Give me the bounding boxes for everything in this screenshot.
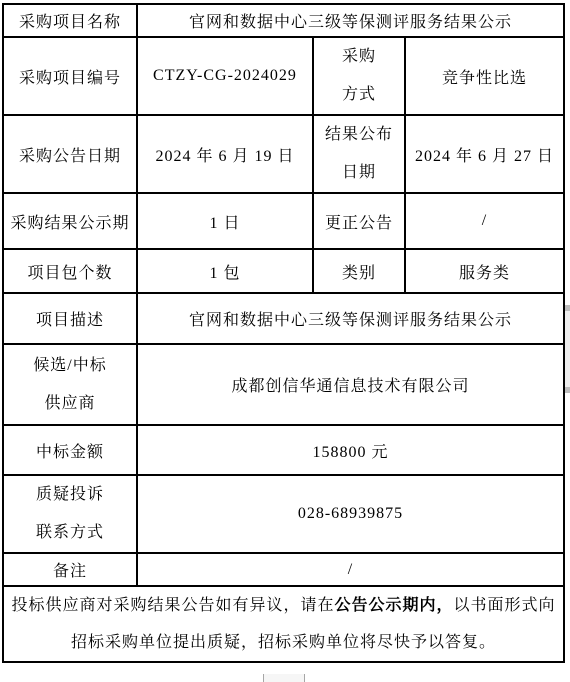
label-project-name: 采购项目名称 (3, 4, 137, 37)
value-result-publicity-period: 1 日 (137, 193, 313, 249)
table-row: 采购结果公示期 1 日 更正公告 / (3, 193, 564, 249)
label-project-number: 采购项目编号 (3, 37, 137, 115)
label-procurement-method: 采购 方式 (313, 37, 405, 115)
value-procurement-method: 竞争性比选 (405, 37, 564, 115)
table-row: 中标金额 158800 元 (3, 425, 564, 475)
table-bottom-handle (263, 674, 305, 682)
label-result-publish-date: 结果公布 日期 (313, 115, 405, 193)
label-category: 类别 (313, 249, 405, 293)
label-project-description: 项目描述 (3, 293, 137, 344)
value-project-name: 官网和数据中心三级等保测评服务结果公示 (137, 4, 564, 37)
label-result-publicity-period: 采购结果公示期 (3, 193, 137, 249)
scrollbar-sliver[interactable] (565, 305, 570, 393)
value-result-publish-date: 2024 年 6 月 27 日 (405, 115, 564, 193)
table-row: 候选/中标 供应商 成都创信华通信息技术有限公司 (3, 344, 564, 425)
value-category: 服务类 (405, 249, 564, 293)
procurement-result-table: 采购项目名称 官网和数据中心三级等保测评服务结果公示 采购项目编号 CTZY-C… (2, 3, 565, 663)
value-package-count: 1 包 (137, 249, 313, 293)
label-remarks: 备注 (3, 553, 137, 586)
label-announcement-date: 采购公告日期 (3, 115, 137, 193)
value-winning-supplier: 成都创信华通信息技术有限公司 (137, 344, 564, 425)
footer-text-bold: 公告公示期内， (335, 597, 454, 614)
footer-note: 投标供应商对采购结果公告如有异议，请在公告公示期内，以书面形式向 招标采购单位提… (3, 586, 564, 662)
label-correction-notice: 更正公告 (313, 193, 405, 249)
table-row: 采购公告日期 2024 年 6 月 19 日 结果公布 日期 2024 年 6 … (3, 115, 564, 193)
value-winning-amount: 158800 元 (137, 425, 564, 475)
scrollbar-tick (565, 387, 570, 393)
scrollbar-tick (565, 305, 570, 311)
table-row: 项目包个数 1 包 类别 服务类 (3, 249, 564, 293)
value-announcement-date: 2024 年 6 月 19 日 (137, 115, 313, 193)
label-winning-supplier: 候选/中标 供应商 (3, 344, 137, 425)
label-complaint-contact: 质疑投诉 联系方式 (3, 475, 137, 553)
value-project-number: CTZY-CG-2024029 (137, 37, 313, 115)
label-package-count: 项目包个数 (3, 249, 137, 293)
table-row: 采购项目编号 CTZY-CG-2024029 采购 方式 竞争性比选 (3, 37, 564, 115)
value-complaint-contact: 028-68939875 (137, 475, 564, 553)
table-row: 质疑投诉 联系方式 028-68939875 (3, 475, 564, 553)
label-winning-amount: 中标金额 (3, 425, 137, 475)
table-row: 备注 / (3, 553, 564, 586)
footer-text-before: 投标供应商对采购结果公告如有异议，请在 (11, 597, 334, 614)
table-row: 采购项目名称 官网和数据中心三级等保测评服务结果公示 (3, 4, 564, 37)
value-remarks: / (137, 553, 564, 586)
table-row: 项目描述 官网和数据中心三级等保测评服务结果公示 (3, 293, 564, 344)
value-project-description: 官网和数据中心三级等保测评服务结果公示 (137, 293, 564, 344)
value-correction-notice: / (405, 193, 564, 249)
table-row: 投标供应商对采购结果公告如有异议，请在公告公示期内，以书面形式向 招标采购单位提… (3, 586, 564, 662)
